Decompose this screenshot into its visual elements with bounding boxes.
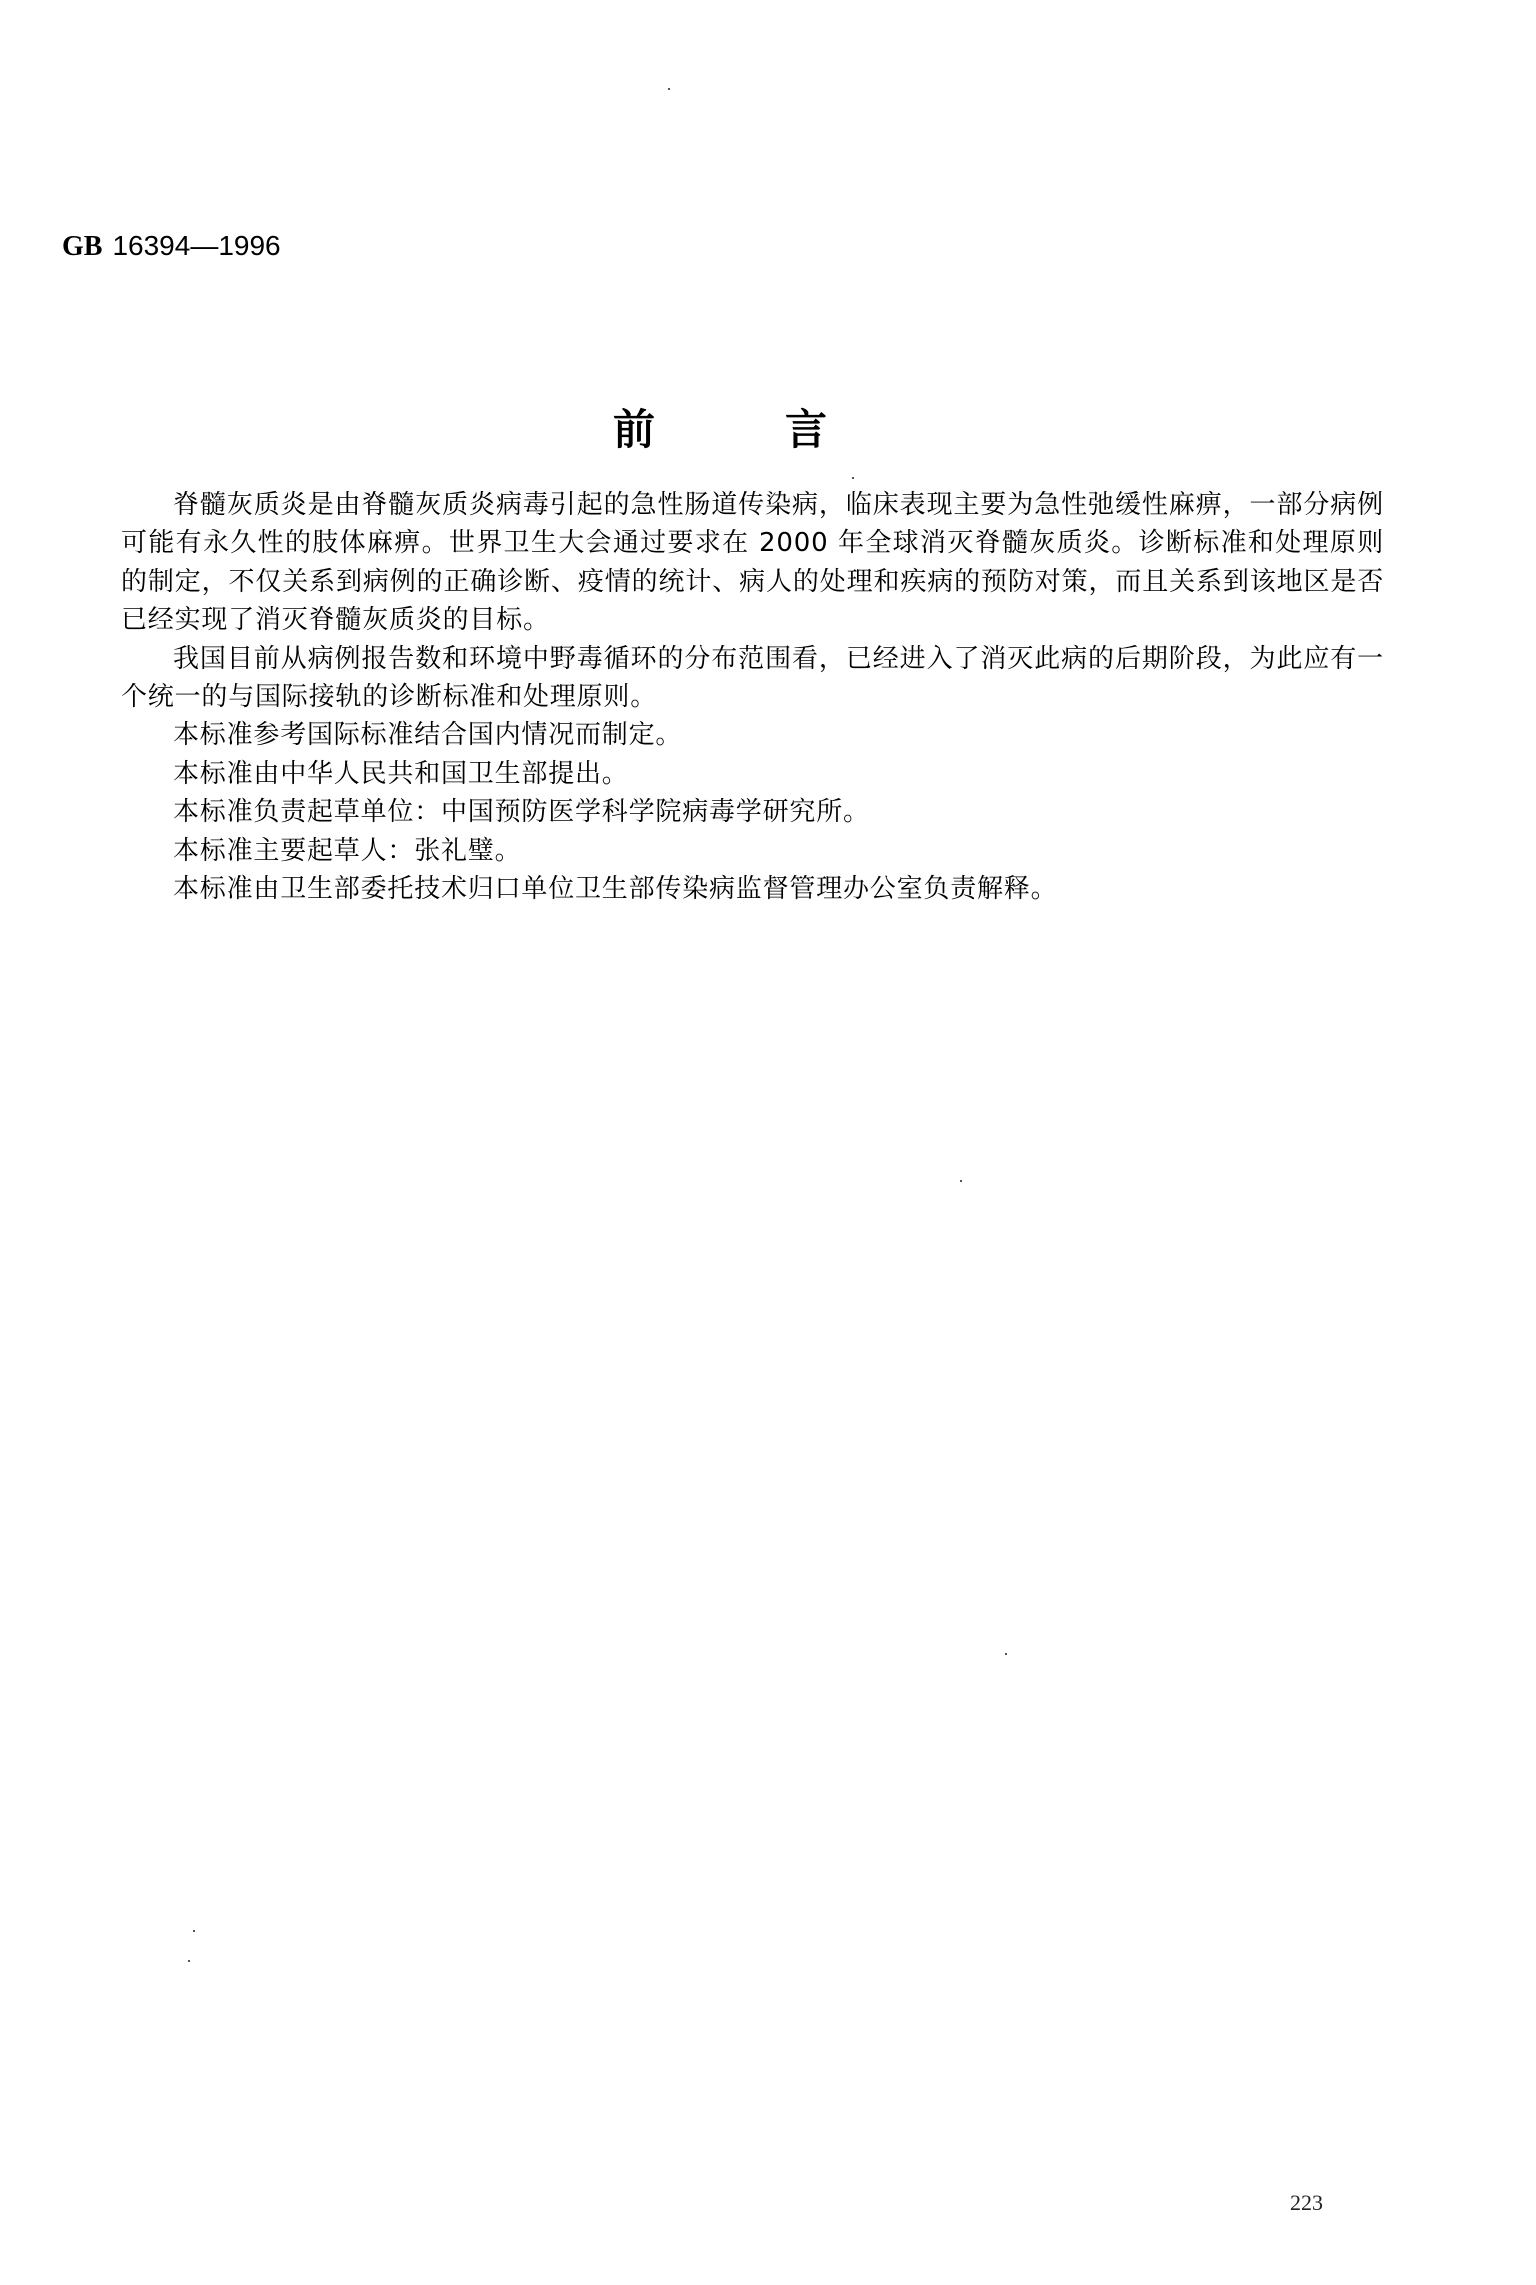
paragraph-proposer: 本标准由中华人民共和国卫生部提出。 (121, 755, 1384, 793)
scan-speck (852, 477, 854, 479)
paragraph-drafting-unit: 本标准负责起草单位：中国预防医学科学院病毒学研究所。 (121, 793, 1384, 831)
foreword-body: 脊髓灰质炎是由脊髓灰质炎病毒引起的急性肠道传染病，临床表现主要为急性弛缓性麻痹，… (121, 486, 1384, 908)
scan-speck (960, 1180, 962, 1182)
standard-number: 16394—1996 (112, 230, 280, 261)
paragraph-intro: 脊髓灰质炎是由脊髓灰质炎病毒引起的急性肠道传染病，临床表现主要为急性弛缓性麻痹，… (121, 486, 1384, 640)
paragraph-reference: 本标准参考国际标准结合国内情况而制定。 (121, 716, 1384, 754)
standard-code: GB16394—1996 (62, 230, 281, 263)
paragraph-status: 我国目前从病例报告数和环境中野毒循环的分布范围看，已经进入了消灭此病的后期阶段，… (121, 640, 1384, 717)
scan-speck (1005, 1653, 1007, 1655)
paragraph-drafter: 本标准主要起草人：张礼璧。 (121, 832, 1384, 870)
paragraph-interpretation: 本标准由卫生部委托技术归口单位卫生部传染病监督管理办公室负责解释。 (121, 870, 1384, 908)
scan-speck (188, 1960, 190, 1962)
scan-speck (193, 1930, 195, 1932)
standard-prefix: GB (62, 231, 102, 262)
page-title: 前言 (0, 397, 1440, 457)
page-number: 223 (1290, 2190, 1323, 2216)
scan-speck (668, 88, 670, 90)
